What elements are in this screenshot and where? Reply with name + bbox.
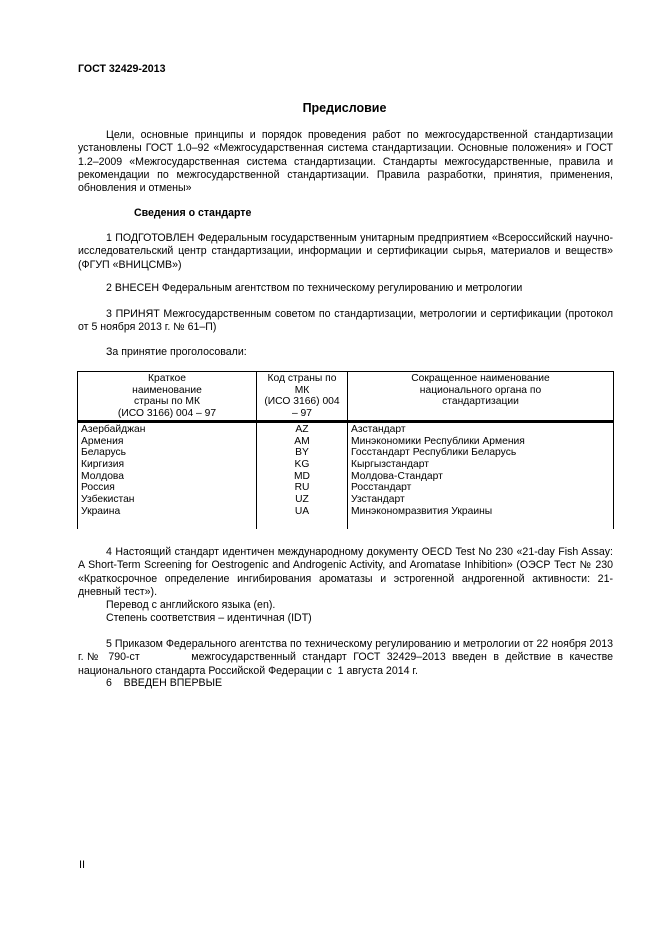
cell-code: AM bbox=[257, 436, 348, 448]
column-header-agency: Сокращенное наименование национального о… bbox=[348, 372, 614, 422]
cell-code: RU bbox=[257, 482, 348, 494]
document-number-header: ГОСТ 32429-2013 bbox=[78, 63, 165, 75]
page-title: Предисловие bbox=[0, 101, 661, 115]
cell-agency: Узстандарт bbox=[348, 494, 614, 506]
cell-agency: Азстандарт bbox=[348, 421, 614, 435]
cell-agency: Госстандарт Республики Беларусь bbox=[348, 447, 614, 459]
voting-countries-table: Краткое наименование страны по МК (ИСО 3… bbox=[77, 371, 614, 529]
cell-code: AZ bbox=[257, 421, 348, 435]
cell-agency: Молдова-Стандарт bbox=[348, 471, 614, 483]
cell-country: Азербайджан bbox=[78, 421, 257, 435]
table-row: КиргизияKGКыргызстандарт bbox=[78, 459, 614, 471]
cell-country: Россия bbox=[78, 482, 257, 494]
cell-code: UA bbox=[257, 506, 348, 530]
item-3-adopted: 3 ПРИНЯТ Межгосударственным советом по с… bbox=[78, 308, 613, 335]
table-row: УзбекистанUZУзстандарт bbox=[78, 494, 614, 506]
cell-country: Киргизия bbox=[78, 459, 257, 471]
page-number: II bbox=[79, 859, 85, 871]
table-row: МолдоваMDМолдова-Стандарт bbox=[78, 471, 614, 483]
item-2-submitted: 2 ВНЕСЕН Федеральным агентством по техни… bbox=[78, 282, 613, 295]
cell-agency: Минэкономразвития Украины bbox=[348, 506, 614, 530]
cell-agency: Росстандарт bbox=[348, 482, 614, 494]
item-4-identical-to: 4 Настоящий стандарт идентичен междунаро… bbox=[78, 546, 613, 599]
item-1-prepared: 1 ПОДГОТОВЛЕН Федеральным государственны… bbox=[78, 232, 613, 272]
table-row: АзербайджанAZАзстандарт bbox=[78, 421, 614, 435]
cell-country: Беларусь bbox=[78, 447, 257, 459]
cell-code: UZ bbox=[257, 494, 348, 506]
cell-agency: Минэкономики Республики Армения bbox=[348, 436, 614, 448]
voted-label: За принятие проголосовали: bbox=[106, 346, 247, 359]
item-5-order: 5 Приказом Федерального агентства по тех… bbox=[78, 638, 613, 678]
table-row: РоссияRUРосстандарт bbox=[78, 482, 614, 494]
cell-code: KG bbox=[257, 459, 348, 471]
item-4-translation: Перевод с английского языка (en). bbox=[106, 599, 275, 612]
cell-agency: Кыргызстандарт bbox=[348, 459, 614, 471]
intro-paragraph: Цели, основные принципы и порядок провед… bbox=[78, 129, 613, 195]
item-6-first-introduced: 6 ВВЕДЕН ВПЕРВЫЕ bbox=[106, 677, 222, 690]
table-row: БеларусьBYГосстандарт Республики Беларус… bbox=[78, 447, 614, 459]
cell-country: Армения bbox=[78, 436, 257, 448]
cell-country: Молдова bbox=[78, 471, 257, 483]
item-4-degree: Степень соответствия – идентичная (IDT) bbox=[106, 612, 312, 625]
cell-country: Украина bbox=[78, 506, 257, 530]
table-row: АрменияAMМинэкономики Республики Армения bbox=[78, 436, 614, 448]
cell-code: BY bbox=[257, 447, 348, 459]
cell-code: MD bbox=[257, 471, 348, 483]
table-header-row: Краткое наименование страны по МК (ИСО 3… bbox=[78, 372, 614, 422]
table-row: УкраинаUAМинэкономразвития Украины bbox=[78, 506, 614, 530]
cell-country: Узбекистан bbox=[78, 494, 257, 506]
column-header-code: Код страны по МК (ИСО 3166) 004 – 97 bbox=[257, 372, 348, 422]
column-header-country: Краткое наименование страны по МК (ИСО 3… bbox=[78, 372, 257, 422]
section-title-standard-info: Сведения о стандарте bbox=[134, 207, 251, 219]
